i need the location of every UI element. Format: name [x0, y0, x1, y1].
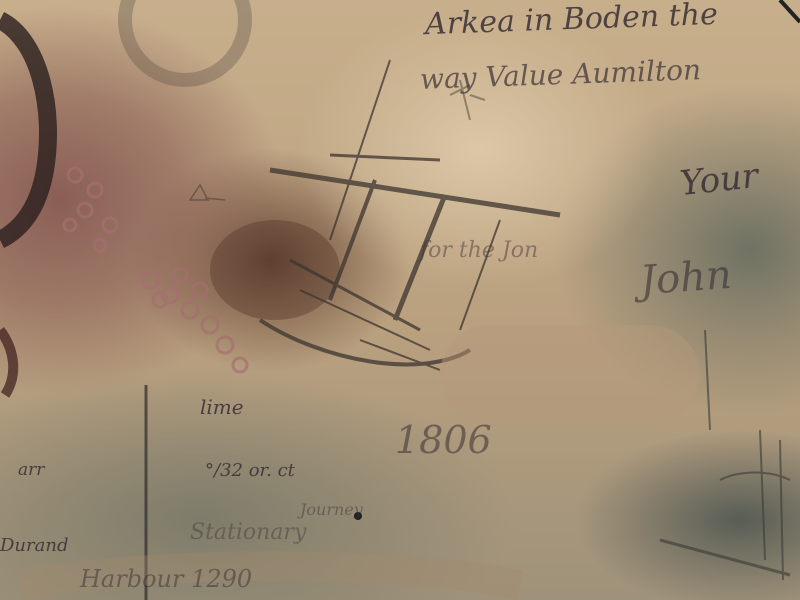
handwriting-bottom: Harbour 1290 — [80, 565, 252, 593]
handwriting-john: John — [639, 252, 734, 304]
handwriting-mid-line: °/32 or. ct — [205, 460, 295, 481]
collage-canvas: Arkea in Boden the way Value Aumilton Yo… — [0, 0, 800, 600]
handwriting-lime: lime — [200, 395, 244, 419]
tiny-ship-sketch — [190, 185, 225, 200]
handwriting-left-1: arr — [18, 460, 44, 480]
sepia-stain — [210, 220, 340, 320]
pale-label — [440, 325, 700, 425]
handwriting-date: 1806 — [395, 418, 492, 462]
tentacle-left-edge — [0, 20, 48, 240]
handwriting-faint-1: Journey — [300, 500, 363, 519]
tall-ship — [260, 60, 560, 370]
stamp-ring — [125, 0, 245, 80]
handwriting-faint-2: Stationary — [190, 520, 306, 545]
handwriting-left-2: Durand — [0, 535, 68, 556]
handwriting-your: Your — [678, 156, 760, 204]
handwriting-fon: for the Jon — [420, 238, 538, 263]
tentacle-left-lower — [0, 330, 13, 395]
corner-mark — [780, 0, 800, 22]
